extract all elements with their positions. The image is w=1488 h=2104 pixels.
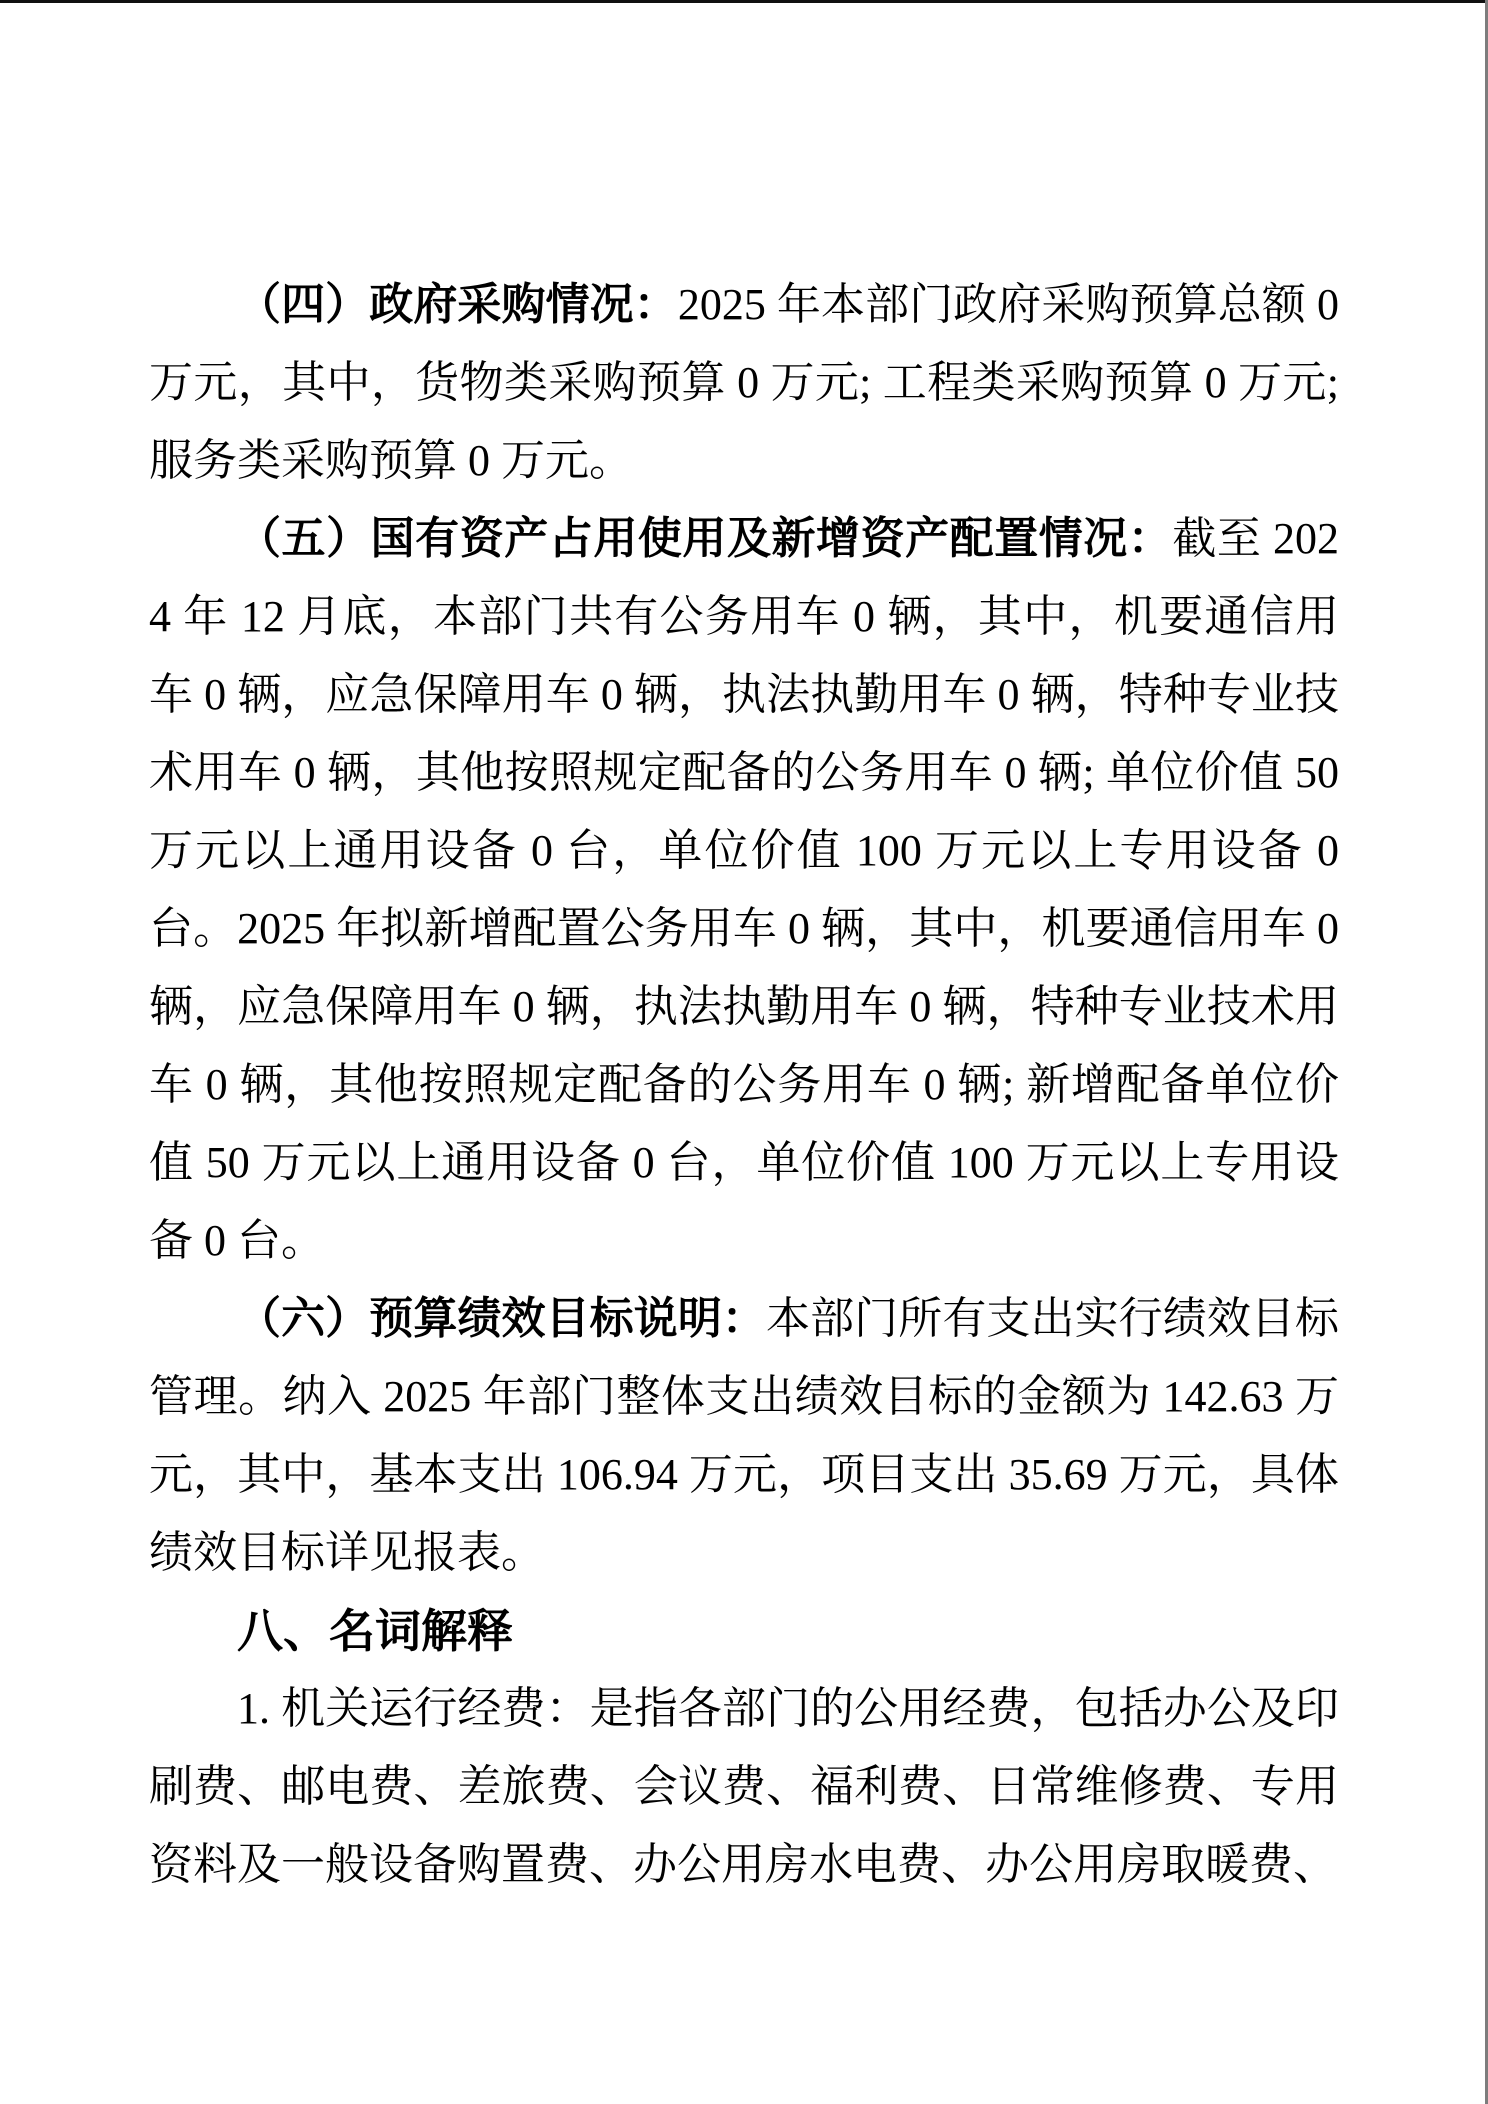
paragraph-state-assets: （五）国有资产占用使用及新增资产配置情况：截至 2024 年 12 月底，本部门…: [149, 500, 1339, 1280]
paragraph-performance-targets: （六）预算绩效目标说明：本部门所有支出实行绩效目标管理。纳入 2025 年部门整…: [149, 1280, 1339, 1592]
paragraph-glossary-item-1-label: 1. 机关运行经费：: [237, 1684, 590, 1733]
document-body: （四）政府采购情况：2025 年本部门政府采购预算总额 0 万元，其中，货物类采…: [149, 266, 1339, 1904]
paragraph-performance-targets-label: （六）预算绩效目标说明：: [237, 1294, 766, 1343]
page-top-edge-line: [0, 0, 1488, 3]
paragraph-state-assets-label: （五）国有资产占用使用及新增资产配置情况：: [237, 514, 1172, 563]
paragraph-gov-procurement: （四）政府采购情况：2025 年本部门政府采购预算总额 0 万元，其中，货物类采…: [149, 266, 1339, 500]
document-page: （四）政府采购情况：2025 年本部门政府采购预算总额 0 万元，其中，货物类采…: [0, 0, 1488, 2104]
paragraph-state-assets-text: 截至 2024 年 12 月底，本部门共有公务用车 0 辆，其中，机要通信用车 …: [149, 514, 1339, 1265]
section-heading-glossary: 八、名词解释: [149, 1592, 1339, 1670]
paragraph-gov-procurement-label: （四）政府采购情况：: [237, 280, 678, 329]
paragraph-glossary-item-1: 1. 机关运行经费：是指各部门的公用经费，包括办公及印刷费、邮电费、差旅费、会议…: [149, 1670, 1339, 1904]
